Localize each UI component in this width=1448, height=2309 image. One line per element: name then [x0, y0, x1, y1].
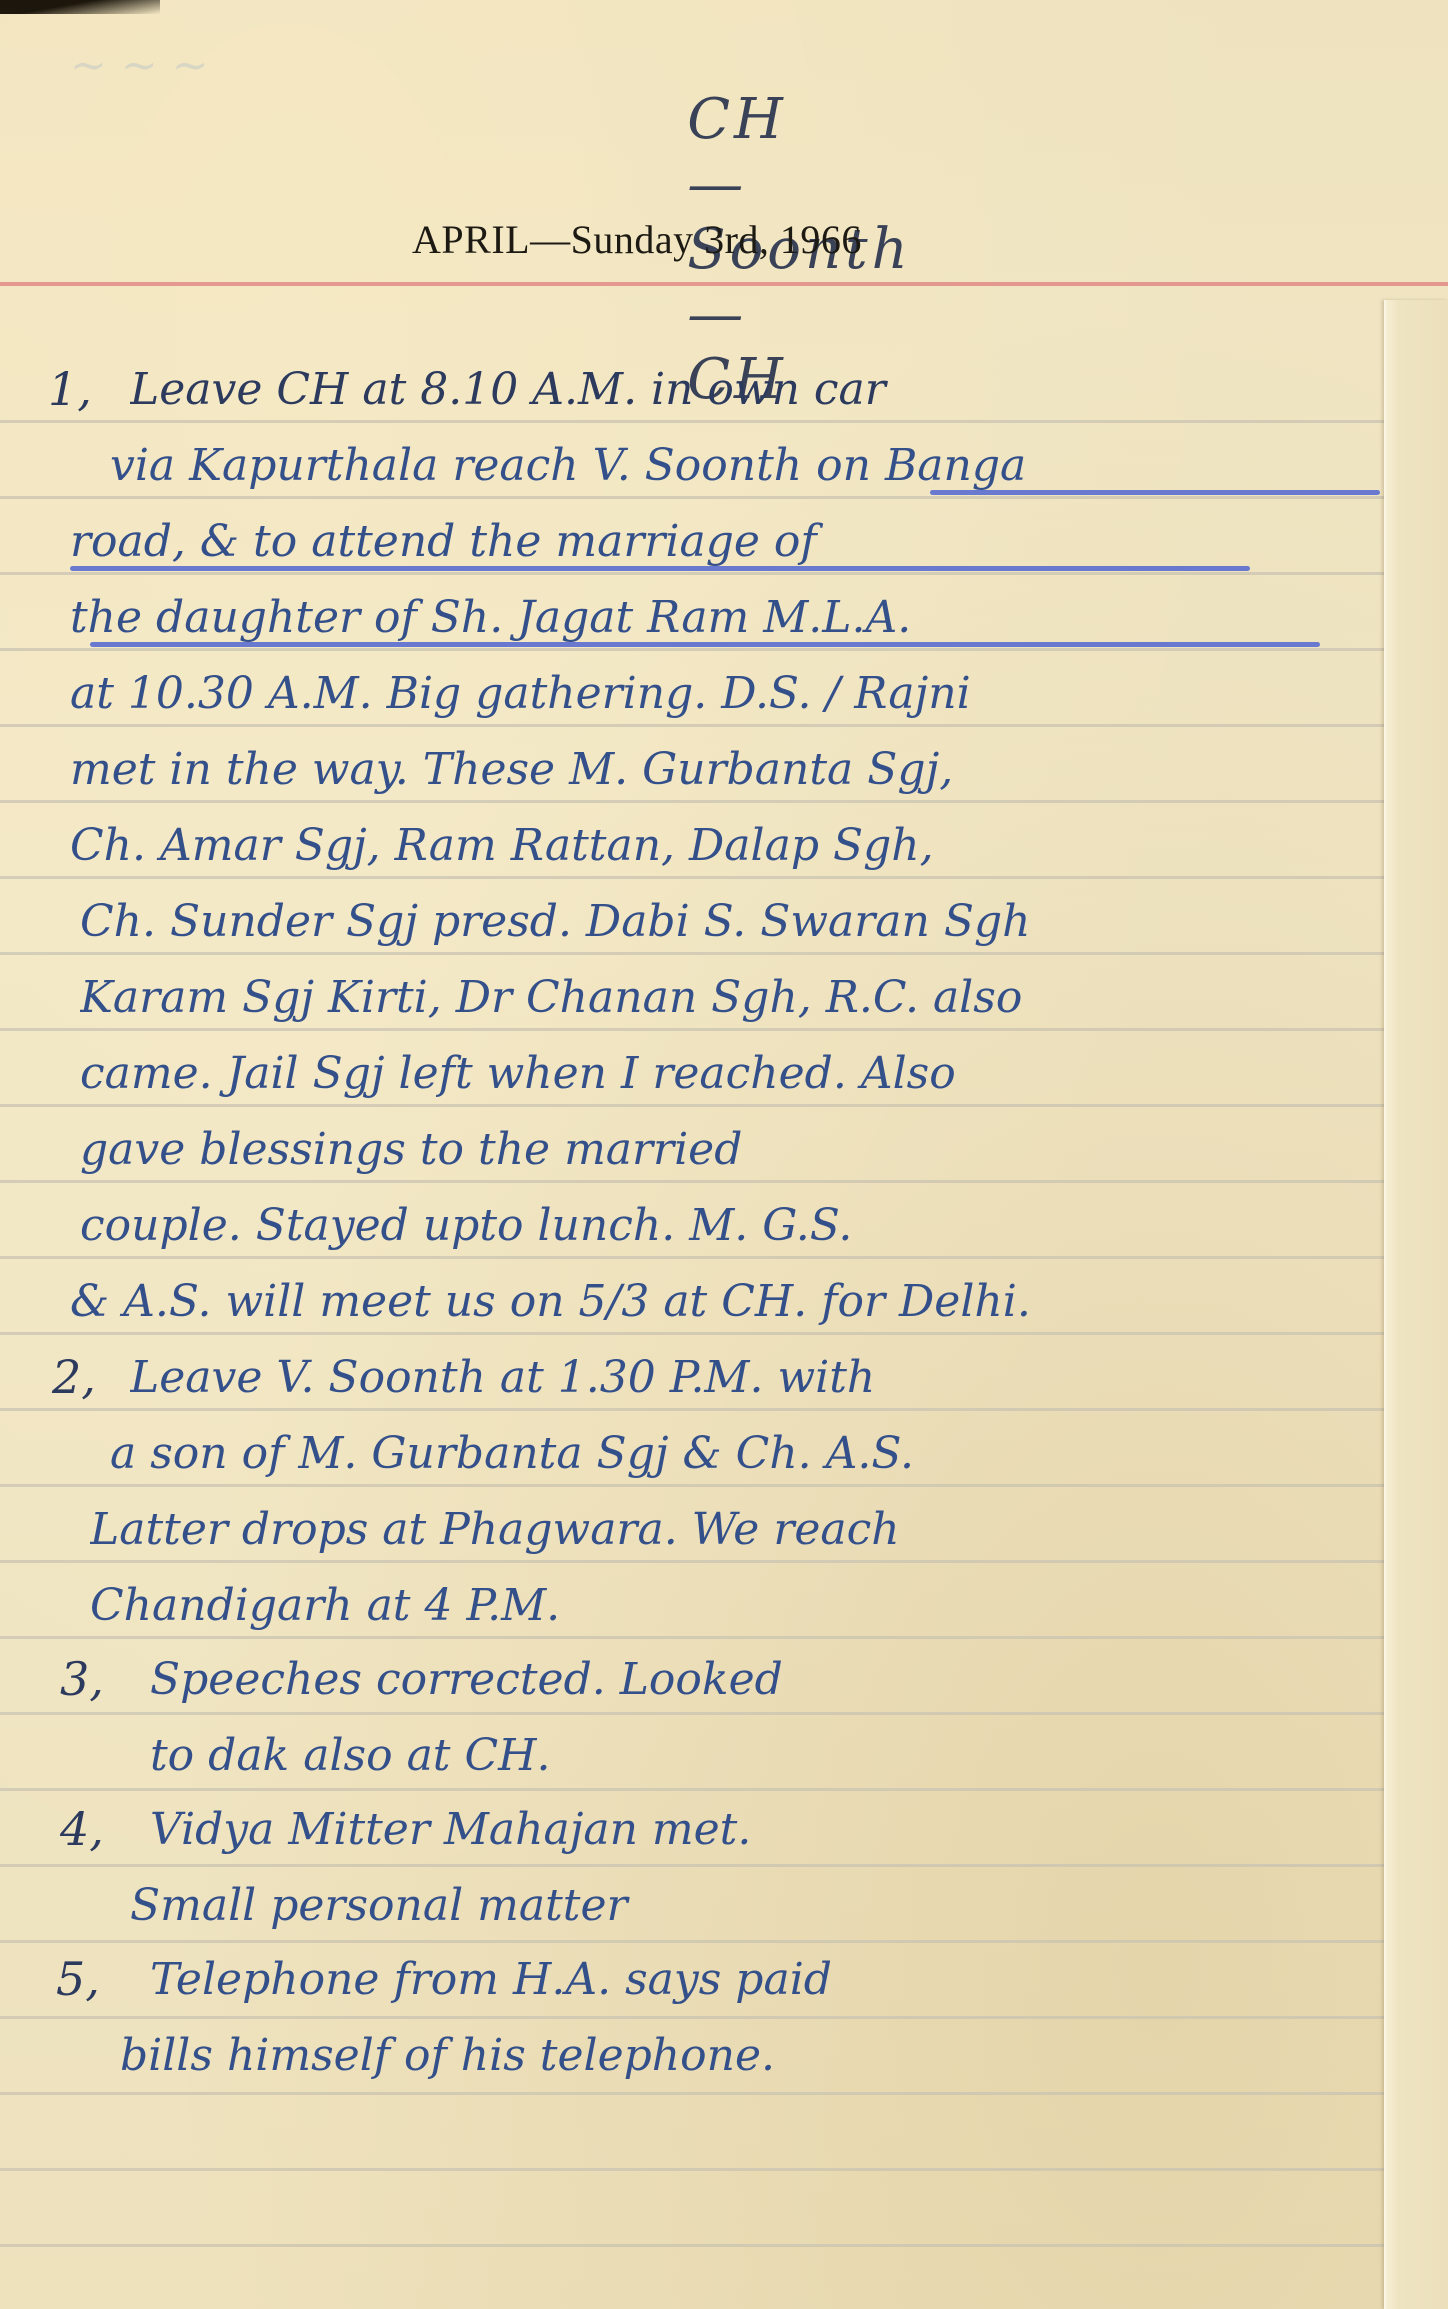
- entry-number: 4,: [60, 1802, 104, 1856]
- entry-number: 3,: [60, 1652, 104, 1706]
- underline-mark: [90, 642, 1320, 647]
- entry-line: Karam Sgj Kirti, Dr Chanan Sgh, R.C. als…: [80, 968, 1400, 1030]
- red-header-rule: [0, 282, 1448, 286]
- entry-line: Leave CH at 8.10 A.M. in own car: [130, 360, 1448, 422]
- ruled-line: [0, 1788, 1448, 1791]
- ruled-line: [0, 2016, 1448, 2019]
- printed-date-heading: APRIL—Sunday 3rd, 1966: [412, 216, 862, 263]
- entry-line: to dak also at CH.: [150, 1726, 1448, 1788]
- ruled-line: [0, 2168, 1448, 2171]
- ruled-line: [0, 1712, 1448, 1715]
- entry-line: at 10.30 A.M. Big gathering. D.S. / Rajn…: [70, 664, 1390, 726]
- page-corner-shadow: [0, 0, 160, 14]
- entry-line: bills himself of his telephone.: [120, 2026, 1440, 2088]
- ruled-line: [0, 1940, 1448, 1943]
- entry-line: Latter drops at Phagwara. We reach: [90, 1500, 1410, 1562]
- ruled-line: [0, 1864, 1448, 1867]
- entry-line: via Kapurthala reach V. Soonth on Banga: [110, 436, 1430, 498]
- ruled-line: [0, 2092, 1448, 2095]
- diary-page: ~ ~ ~ CH — Soonth — CH APRIL—Sunday 3rd,…: [0, 0, 1448, 2309]
- entry-line: Ch. Sunder Sgj presd. Dabi S. Swaran Sgh: [80, 892, 1400, 954]
- header-part-origin: CH: [687, 87, 787, 152]
- header-dash: —: [687, 282, 747, 347]
- header-dash: —: [687, 152, 747, 217]
- entry-number: 1,: [48, 362, 92, 416]
- entry-line: Chandigarh at 4 P.M.: [90, 1576, 1410, 1638]
- entry-line: Leave V. Soonth at 1.30 P.M. with: [130, 1348, 1448, 1410]
- ruled-line: [0, 2244, 1448, 2247]
- entry-line: the daughter of Sh. Jagat Ram M.L.A.: [70, 588, 1390, 650]
- entry-line: Speeches corrected. Looked: [150, 1650, 1448, 1712]
- underline-mark: [930, 490, 1380, 495]
- entry-line: Vidya Mitter Mahajan met.: [150, 1800, 1448, 1862]
- entry-line: gave blessings to the married: [80, 1120, 1400, 1182]
- entry-number: 5,: [56, 1952, 100, 2006]
- entry-line: came. Jail Sgj left when I reached. Also: [80, 1044, 1400, 1106]
- bleed-through-text: ~ ~ ~: [70, 40, 209, 91]
- entry-number: 2,: [52, 1350, 96, 1404]
- entry-line: a son of M. Gurbanta Sgj & Ch. A.S.: [110, 1424, 1430, 1486]
- entry-line: met in the way. These M. Gurbanta Sgj,: [70, 740, 1390, 802]
- entry-line: Small personal matter: [130, 1876, 1448, 1938]
- entry-line: Ch. Amar Sgj, Ram Rattan, Dalap Sgh,: [70, 816, 1390, 878]
- underline-mark: [70, 566, 1250, 571]
- entry-line: Telephone from H.A. says paid: [150, 1950, 1448, 2012]
- entry-line: couple. Stayed upto lunch. M. G.S.: [80, 1196, 1400, 1258]
- entry-line: road, & to attend the marriage of: [70, 512, 1390, 574]
- entry-line: & A.S. will meet us on 5/3 at CH. for De…: [70, 1272, 1390, 1334]
